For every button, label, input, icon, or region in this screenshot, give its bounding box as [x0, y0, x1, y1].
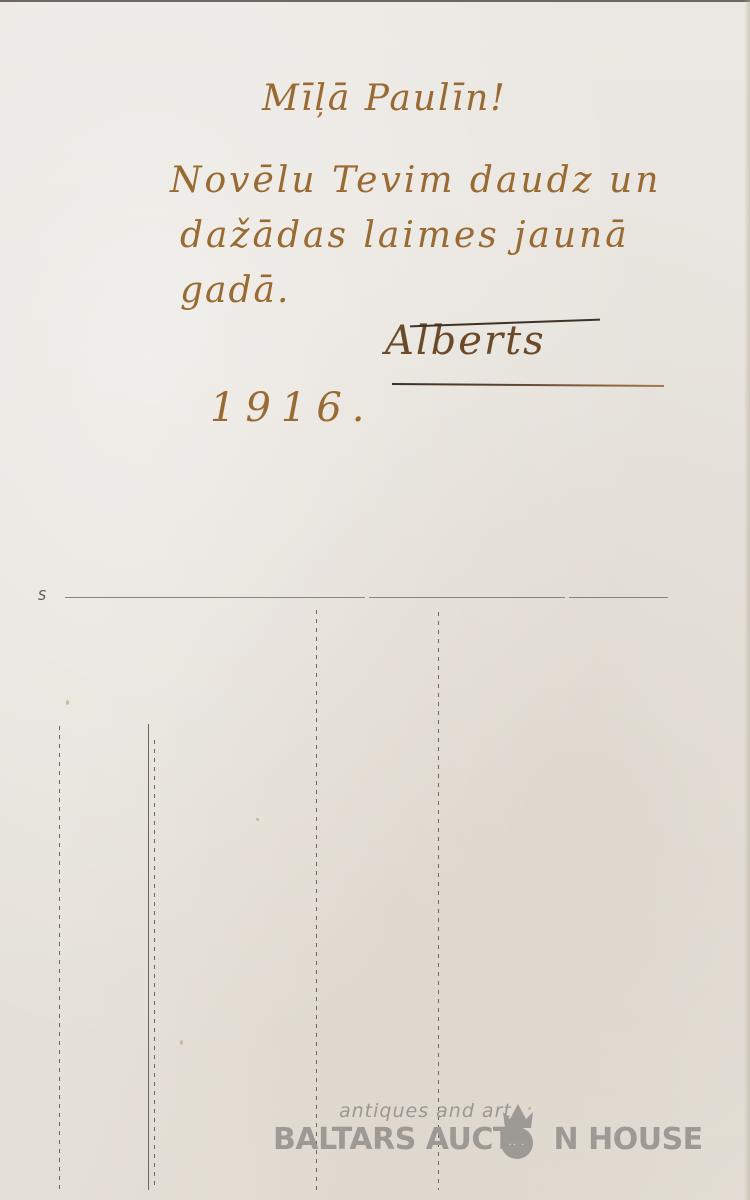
watermark-name-part2: N HOUSE — [554, 1122, 703, 1157]
postcard-back: Mīļā Paulīn! Novēlu Tevim daudz un dažād… — [0, 0, 750, 1200]
watermark-tagline: antiques and art — [339, 1100, 512, 1122]
message-line-2: Novēlu Tevim daudz un — [170, 160, 661, 201]
message-year: 1916. — [210, 385, 375, 431]
message-greeting: Mīļā Paulīn! — [262, 78, 507, 119]
address-line-left — [59, 726, 60, 1190]
watermark-name: BALTARS AUCTIN HOUSE — [273, 1122, 703, 1157]
paper-spot — [256, 818, 259, 821]
card-right-edge — [744, 0, 750, 1200]
divider-mark: S — [38, 589, 46, 604]
watermark-name-part1: BALTARS AUCTI — [273, 1122, 524, 1157]
horizontal-divider-line — [65, 597, 668, 598]
message-line-4: gadā. — [180, 270, 290, 311]
card-top-edge — [0, 0, 750, 2]
watermark-logo: antiques and art .... BALTARS AUCTIN HOU… — [273, 1100, 673, 1170]
paper-spot — [180, 1040, 183, 1045]
message-line-3: dažādas laimes jaunā — [180, 215, 630, 256]
paper-spot — [66, 700, 69, 705]
address-line-dotted — [154, 740, 155, 1190]
signature-underline — [392, 383, 664, 387]
address-line-solid — [148, 724, 149, 1190]
